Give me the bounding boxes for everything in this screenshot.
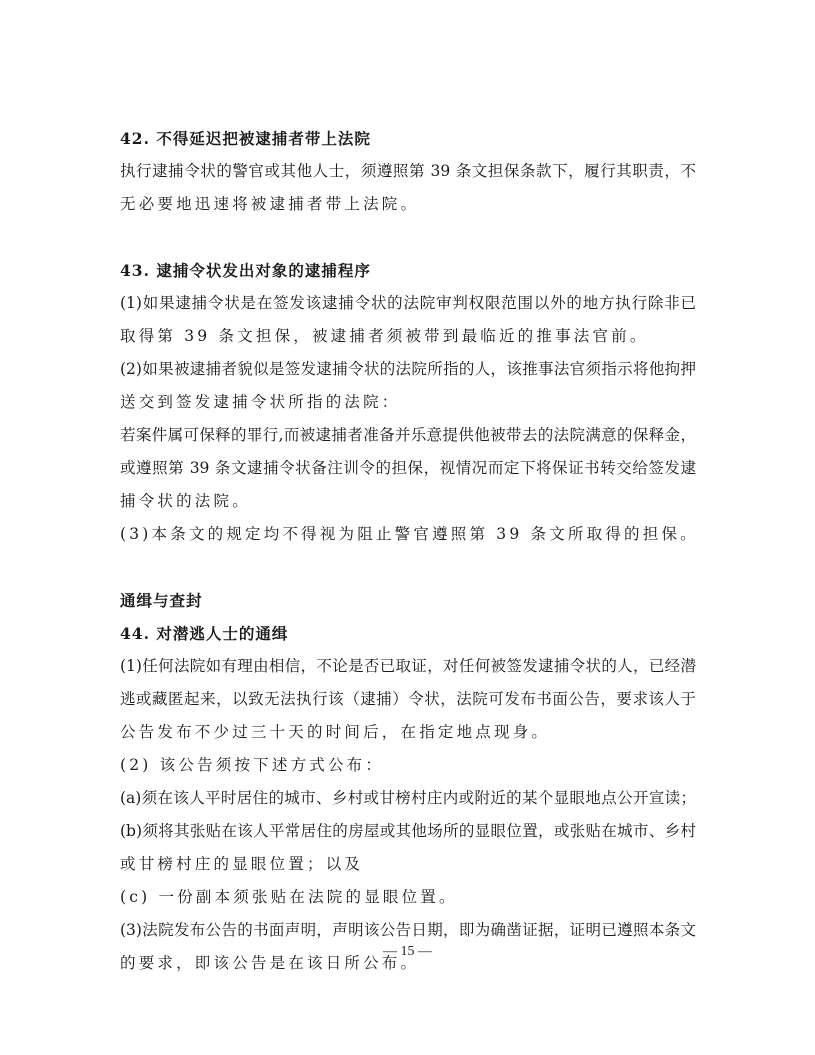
section-heading-42: 42. 不得延迟把被逮捕者带上法院	[120, 122, 696, 155]
paragraph-line: (2) 该公告须按下述方式公布：	[120, 749, 696, 782]
paragraph-line: 捕令状的法院。	[120, 485, 696, 518]
paragraph-line: 逃或藏匿起来，以致无法执行该（逮捕）令状，法院可发布书面公告，要求该人于	[120, 683, 696, 716]
paragraph-line: 公告发布不少过三十天的时间后，在指定地点现身。	[120, 716, 696, 749]
section-heading-43: 43. 逮捕令状发出对象的逮捕程序	[120, 254, 696, 287]
page-number: — 15 —	[0, 944, 815, 960]
paragraph-line: 执行逮捕令状的警官或其他人士，须遵照第 39 条文担保条款下，履行其职责，不	[120, 155, 696, 188]
paragraph-line: (1)如果逮捕令状是在签发该逮捕令状的法院审判权限范围以外的地方执行除非已	[120, 287, 696, 320]
paragraph-line: (3)法院发布公告的书面声明，声明该公告日期，即为确凿证据，证明已遵照本条文	[120, 914, 696, 947]
page-content: 42. 不得延迟把被逮捕者带上法院 执行逮捕令状的警官或其他人士，须遵照第 39…	[120, 122, 696, 980]
spacer	[120, 221, 696, 254]
paragraph-line: 无必要地迅速将被逮捕者带上法院。	[120, 188, 696, 221]
paragraph-line: (c) 一份副本须张贴在法院的显眼位置。	[120, 881, 696, 914]
paragraph-line: (a)须在该人平时居住的城市、乡村或甘榜村庄内或附近的某个显眼地点公开宣读；	[120, 782, 696, 815]
paragraph-line: (3)本条文的规定均不得视为阻止警官遵照第 39 条文所取得的担保。	[120, 518, 696, 551]
paragraph-line: 若案件属可保释的罪行,而被逮捕者准备并乐意提供他被带去的法院满意的保释金，	[120, 419, 696, 452]
paragraph-line: (1)任何法院如有理由相信，不论是否已取证，对任何被签发逮捕令状的人，已经潜	[120, 650, 696, 683]
document-page: 42. 不得延迟把被逮捕者带上法院 执行逮捕令状的警官或其他人士，须遵照第 39…	[0, 0, 815, 1055]
spacer	[120, 551, 696, 584]
paragraph-line: 或遵照第 39 条文逮捕令状备注训令的担保，视情况而定下将保证书转交给签发逮	[120, 452, 696, 485]
part-title: 通缉与查封	[120, 584, 696, 617]
paragraph-line: 取得第 39 条文担保，被逮捕者须被带到最临近的推事法官前。	[120, 320, 696, 353]
section-heading-44: 44. 对潜逃人士的通缉	[120, 617, 696, 650]
paragraph-line: 送交到签发逮捕令状所指的法院：	[120, 386, 696, 419]
paragraph-line: (2)如果被逮捕者貌似是签发逮捕令状的法院所指的人，该推事法官须指示将他拘押	[120, 353, 696, 386]
paragraph-line: 或甘榜村庄的显眼位置；以及	[120, 848, 696, 881]
paragraph-line: (b)须将其张贴在该人平常居住的房屋或其他场所的显眼位置，或张贴在城市、乡村	[120, 815, 696, 848]
